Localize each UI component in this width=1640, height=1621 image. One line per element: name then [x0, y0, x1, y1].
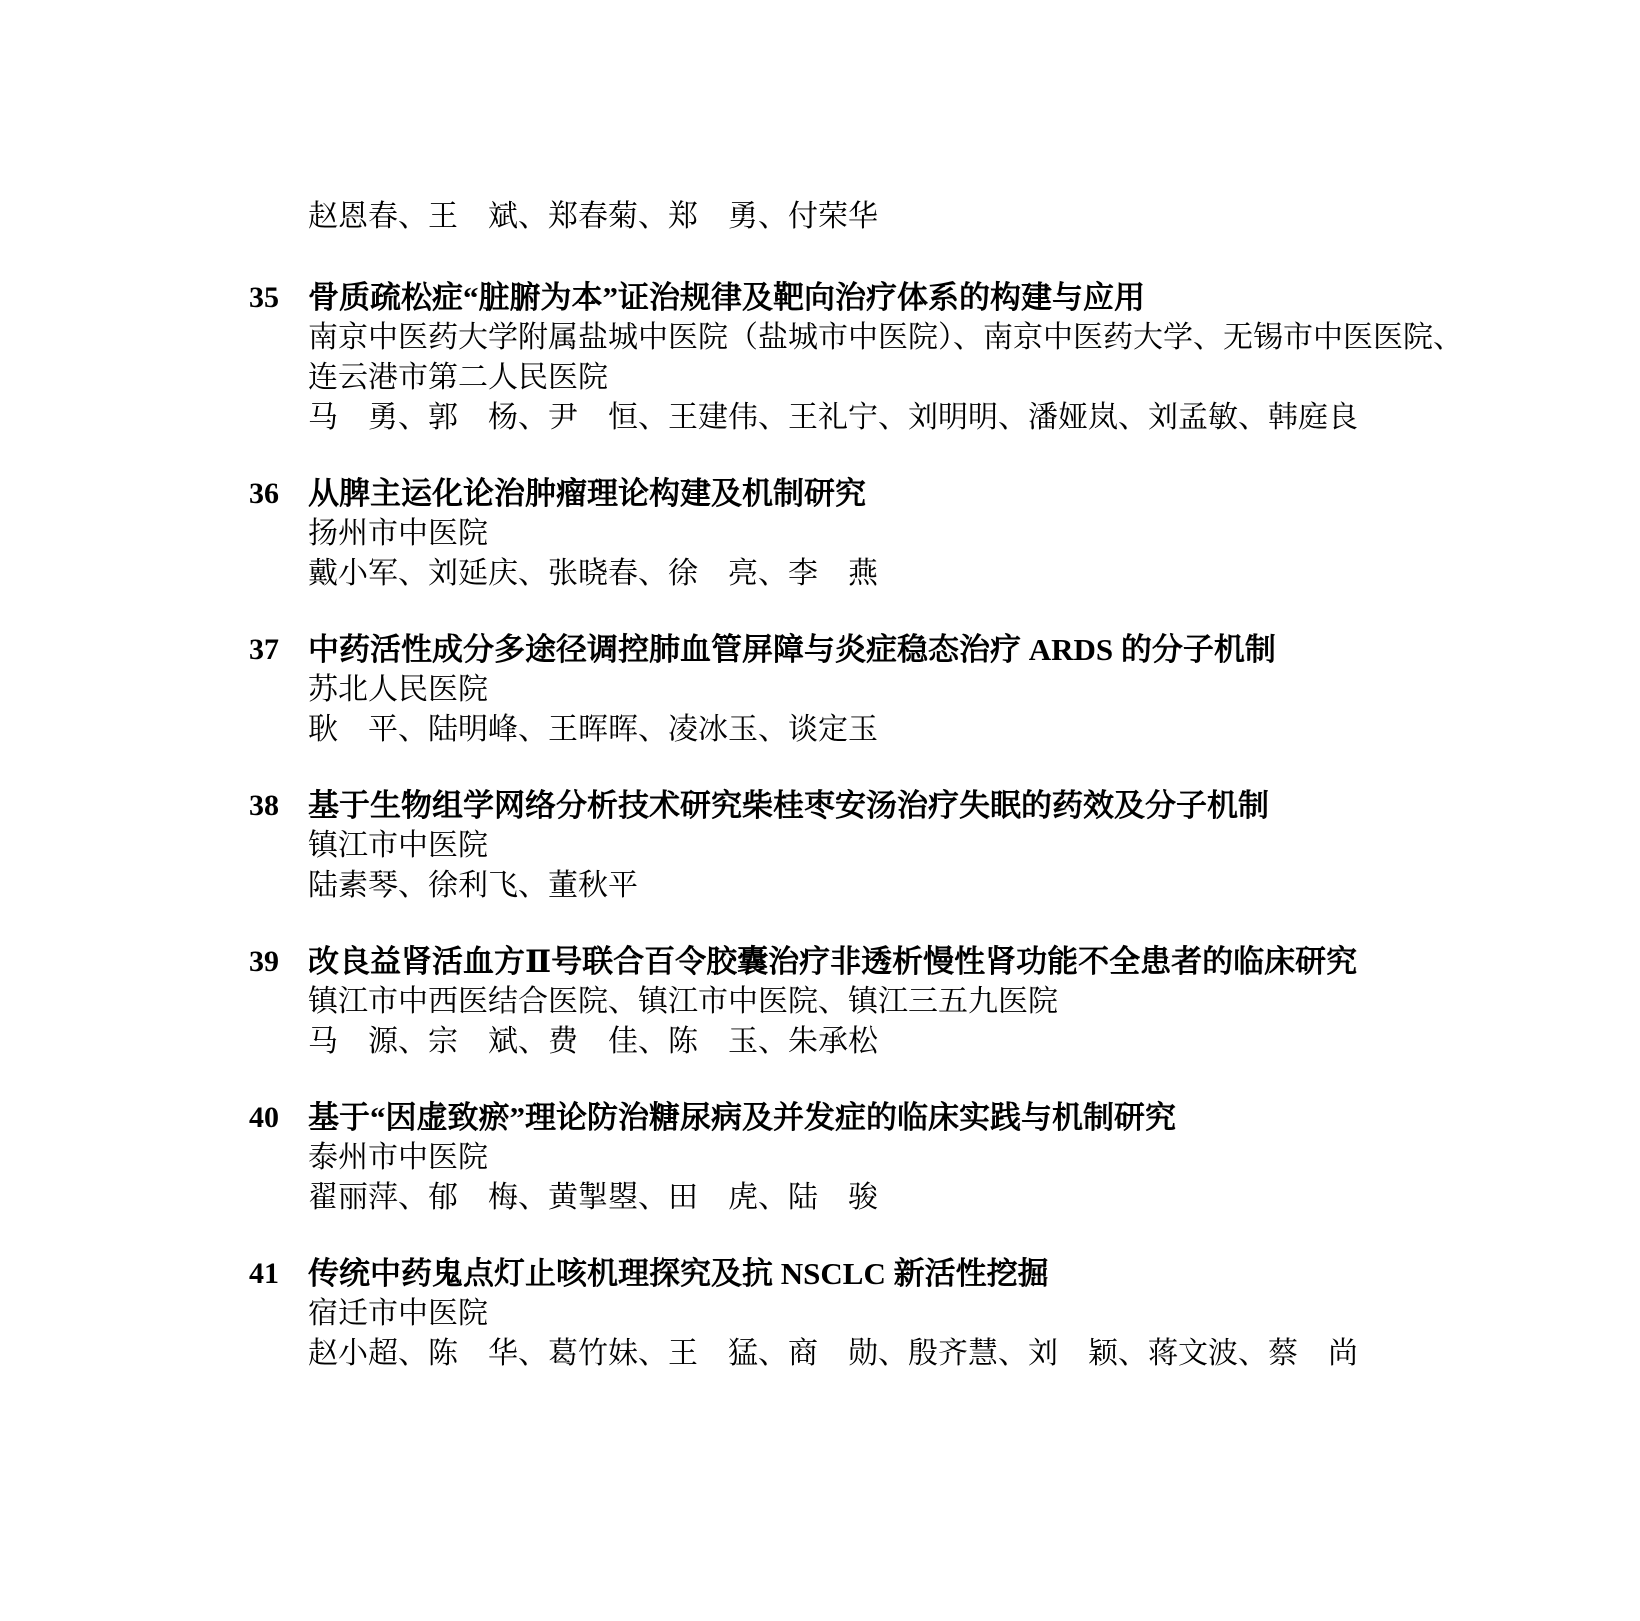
entry-authors: 陆素琴、徐利飞、董秋平 [308, 866, 1468, 906]
entry-body: 传统中药鬼点灯止咳机理探究及抗 NSCLC 新活性挖掘 宿迁市中医院 赵小超、陈… [308, 1254, 1468, 1374]
entry-36: 36 从脾主运化论治肿瘤理论构建及机制研究 扬州市中医院 戴小军、刘延庆、张晓春… [249, 474, 1499, 594]
page-content: 赵恩春、王 斌、郑春菊、郑 勇、付荣华 35 骨质疏松症“脏腑为本”证治规律及靶… [249, 197, 1499, 1410]
entry-title: 骨质疏松症“脏腑为本”证治规律及靶向治疗体系的构建与应用 [308, 278, 1468, 318]
entry-title: 传统中药鬼点灯止咳机理探究及抗 NSCLC 新活性挖掘 [308, 1254, 1468, 1294]
entry-body: 从脾主运化论治肿瘤理论构建及机制研究 扬州市中医院 戴小军、刘延庆、张晓春、徐 … [308, 474, 1468, 594]
document-page: 赵恩春、王 斌、郑春菊、郑 勇、付荣华 35 骨质疏松症“脏腑为本”证治规律及靶… [0, 0, 1640, 1621]
entry-authors: 马 勇、郭 杨、尹 恒、王建伟、王礼宁、刘明明、潘娅岚、刘孟敏、韩庭良 [308, 398, 1468, 438]
entry-title: 基于生物组学网络分析技术研究柴桂枣安汤治疗失眠的药效及分子机制 [308, 786, 1468, 826]
entry-institution-line: 南京中医药大学附属盐城中医院（盐城市中医院）、南京中医药大学、无锡市中医医院、 [308, 318, 1468, 358]
entry-institution-line: 镇江市中西医结合医院、镇江市中医院、镇江三五九医院 [308, 982, 1468, 1022]
entry-institution-line: 宿迁市中医院 [308, 1294, 1468, 1334]
entry-title: 基于“因虚致瘀”理论防治糖尿病及并发症的临床实践与机制研究 [308, 1098, 1468, 1138]
entry-institution-line: 扬州市中医院 [308, 514, 1468, 554]
entry-number: 37 [249, 630, 308, 670]
entry-body: 基于“因虚致瘀”理论防治糖尿病及并发症的临床实践与机制研究 泰州市中医院 翟丽萍… [308, 1098, 1468, 1218]
entry-title: 改良益肾活血方Ⅱ号联合百令胶囊治疗非透析慢性肾功能不全患者的临床研究 [308, 942, 1468, 982]
entry-authors: 戴小军、刘延庆、张晓春、徐 亮、李 燕 [308, 554, 1468, 594]
entry-number: 35 [249, 278, 308, 318]
entry-40: 40 基于“因虚致瘀”理论防治糖尿病及并发症的临床实践与机制研究 泰州市中医院 … [249, 1098, 1499, 1218]
entry-number: 40 [249, 1098, 308, 1138]
entry-number: 36 [249, 474, 308, 514]
entry-title: 从脾主运化论治肿瘤理论构建及机制研究 [308, 474, 1468, 514]
entry-institution-line: 泰州市中医院 [308, 1138, 1468, 1178]
entry-body: 基于生物组学网络分析技术研究柴桂枣安汤治疗失眠的药效及分子机制 镇江市中医院 陆… [308, 786, 1468, 906]
entry-41: 41 传统中药鬼点灯止咳机理探究及抗 NSCLC 新活性挖掘 宿迁市中医院 赵小… [249, 1254, 1499, 1374]
entry-35: 35 骨质疏松症“脏腑为本”证治规律及靶向治疗体系的构建与应用 南京中医药大学附… [249, 278, 1499, 438]
entry-37: 37 中药活性成分多途径调控肺血管屏障与炎症稳态治疗 ARDS 的分子机制 苏北… [249, 630, 1499, 750]
entry-authors: 马 源、宗 斌、费 佳、陈 玉、朱承松 [308, 1022, 1468, 1062]
entry-authors: 耿 平、陆明峰、王晖晖、凌冰玉、谈定玉 [308, 710, 1468, 750]
entry-title: 中药活性成分多途径调控肺血管屏障与炎症稳态治疗 ARDS 的分子机制 [308, 630, 1468, 670]
entry-number: 41 [249, 1254, 308, 1294]
entry-body: 改良益肾活血方Ⅱ号联合百令胶囊治疗非透析慢性肾功能不全患者的临床研究 镇江市中西… [308, 942, 1468, 1062]
entry-institution-line: 镇江市中医院 [308, 826, 1468, 866]
entry-number: 39 [249, 942, 308, 982]
entry-39: 39 改良益肾活血方Ⅱ号联合百令胶囊治疗非透析慢性肾功能不全患者的临床研究 镇江… [249, 942, 1499, 1062]
entry-authors: 赵小超、陈 华、葛竹妹、王 猛、商 勋、殷齐慧、刘 颖、蒋文波、蔡 尚 [308, 1334, 1468, 1374]
entry-institution-line: 连云港市第二人民医院 [308, 358, 1468, 398]
entry-body: 骨质疏松症“脏腑为本”证治规律及靶向治疗体系的构建与应用 南京中医药大学附属盐城… [308, 278, 1468, 438]
entry-institution-line: 苏北人民医院 [308, 670, 1468, 710]
entry-authors: 翟丽萍、郁 梅、黄掣曌、田 虎、陆 骏 [308, 1178, 1468, 1218]
authors-continuation-line: 赵恩春、王 斌、郑春菊、郑 勇、付荣华 [308, 197, 1499, 237]
entry-38: 38 基于生物组学网络分析技术研究柴桂枣安汤治疗失眠的药效及分子机制 镇江市中医… [249, 786, 1499, 906]
entry-number: 38 [249, 786, 308, 826]
entry-body: 中药活性成分多途径调控肺血管屏障与炎症稳态治疗 ARDS 的分子机制 苏北人民医… [308, 630, 1468, 750]
